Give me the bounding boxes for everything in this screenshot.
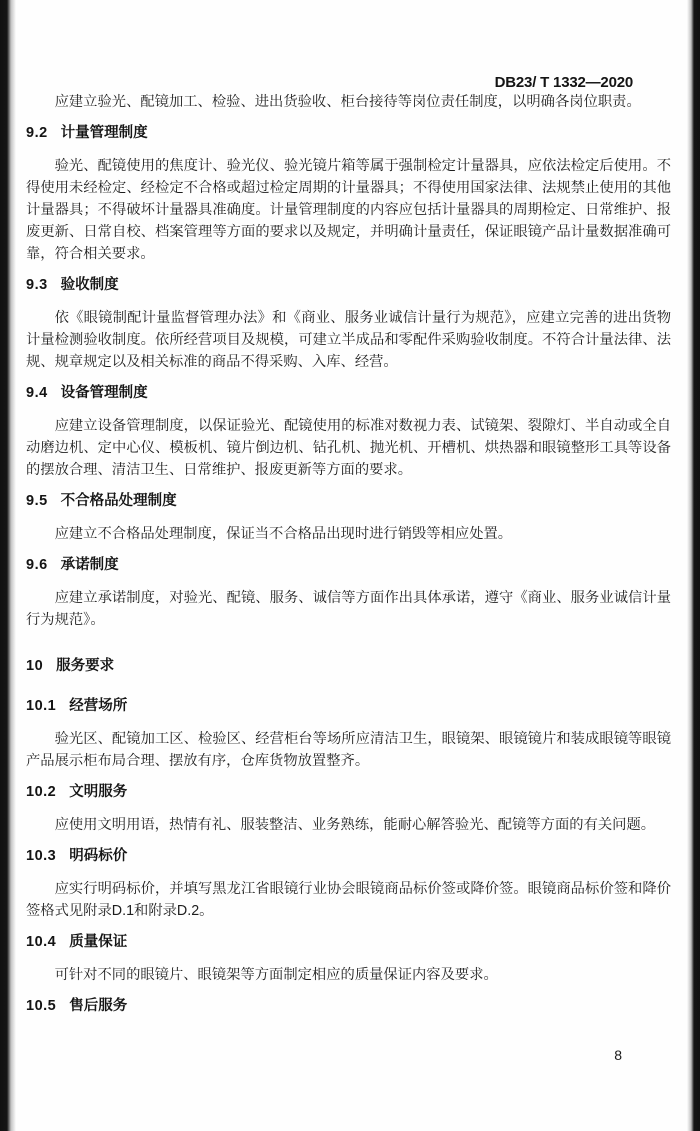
section-title: 服务要求 [56, 658, 114, 674]
sections-container: 9.2计量管理制度验光、配镜使用的焦度计、验光仪、验光镜片箱等属于强制检定计量器… [26, 122, 671, 1017]
section-paragraph: 可针对不同的眼镜片、眼镜架等方面制定相应的质量保证内容及要求。 [26, 964, 671, 986]
section-paragraph: 验光、配镜使用的焦度计、验光仪、验光镜片箱等属于强制检定计量器具，应依法检定后使… [26, 155, 671, 265]
section-number: 9.6 [26, 557, 48, 573]
document-page: DB23/ T 1332—2020 应建立验光、配镜加工、检验、进出货验收、柜台… [0, 0, 700, 1131]
section-heading: 9.4设备管理制度 [26, 382, 671, 404]
section-paragraph: 应建立不合格品处理制度，保证当不合格品出现时进行销毁等相应处置。 [26, 523, 671, 545]
section-title: 设备管理制度 [61, 385, 148, 401]
section-paragraph: 应使用文明用语，热情有礼、服装整洁、业务熟练，能耐心解答验光、配镜等方面的有关问… [26, 814, 671, 836]
section-title: 文明服务 [69, 784, 127, 800]
section-number: 10.5 [26, 998, 56, 1014]
section-number: 10.4 [26, 934, 56, 950]
section-paragraph: 应建立设备管理制度，以保证验光、配镜使用的标准对数视力表、试镜架、裂隙灯、半自动… [26, 415, 671, 481]
section-heading: 9.3验收制度 [26, 274, 671, 296]
section-heading: 9.5不合格品处理制度 [26, 490, 671, 512]
section-title: 售后服务 [69, 998, 127, 1014]
section-paragraph: 依《眼镜制配计量监督管理办法》和《商业、服务业诚信计量行为规范》，应建立完善的进… [26, 307, 671, 373]
section-number: 10 [26, 658, 43, 674]
section-number: 9.2 [26, 125, 48, 141]
section-heading: 9.6承诺制度 [26, 554, 671, 576]
section-heading: 9.2计量管理制度 [26, 122, 671, 144]
section-heading: 10.1经营场所 [26, 695, 671, 717]
header-standard-code: DB23/ T 1332—2020 [26, 75, 633, 91]
section-heading: 10.5售后服务 [26, 995, 671, 1017]
section-paragraph: 应实行明码标价，并填写黑龙江省眼镜行业协会眼镜商品标价签或降价签。眼镜商品标价签… [26, 878, 671, 922]
section-title: 计量管理制度 [61, 125, 148, 141]
page-content: DB23/ T 1332—2020 应建立验光、配镜加工、检验、进出货验收、柜台… [0, 0, 700, 1017]
section-paragraph: 验光区、配镜加工区、检验区、经营柜台等场所应清洁卫生，眼镜架、眼镜镜片和装成眼镜… [26, 728, 671, 772]
section-title: 明码标价 [69, 848, 127, 864]
section-heading: 10.2文明服务 [26, 781, 671, 803]
section-title: 质量保证 [69, 934, 127, 950]
intro-paragraph: 应建立验光、配镜加工、检验、进出货验收、柜台接待等岗位责任制度，以明确各岗位职责… [26, 91, 671, 113]
section-title: 不合格品处理制度 [61, 493, 177, 509]
section-number: 9.4 [26, 385, 48, 401]
section-heading: 10.4质量保证 [26, 931, 671, 953]
section-number: 9.3 [26, 277, 48, 293]
section-number: 10.1 [26, 698, 56, 714]
section-paragraph: 应建立承诺制度，对验光、配镜、服务、诚信等方面作出具体承诺，遵守《商业、服务业诚… [26, 587, 671, 631]
section-heading: 10服务要求 [26, 655, 671, 677]
section-title: 承诺制度 [61, 557, 119, 573]
section-title: 验收制度 [61, 277, 119, 293]
section-number: 10.3 [26, 848, 56, 864]
page-number: 8 [614, 1047, 622, 1063]
section-title: 经营场所 [69, 698, 127, 714]
section-number: 9.5 [26, 493, 48, 509]
section-number: 10.2 [26, 784, 56, 800]
section-heading: 10.3明码标价 [26, 845, 671, 867]
